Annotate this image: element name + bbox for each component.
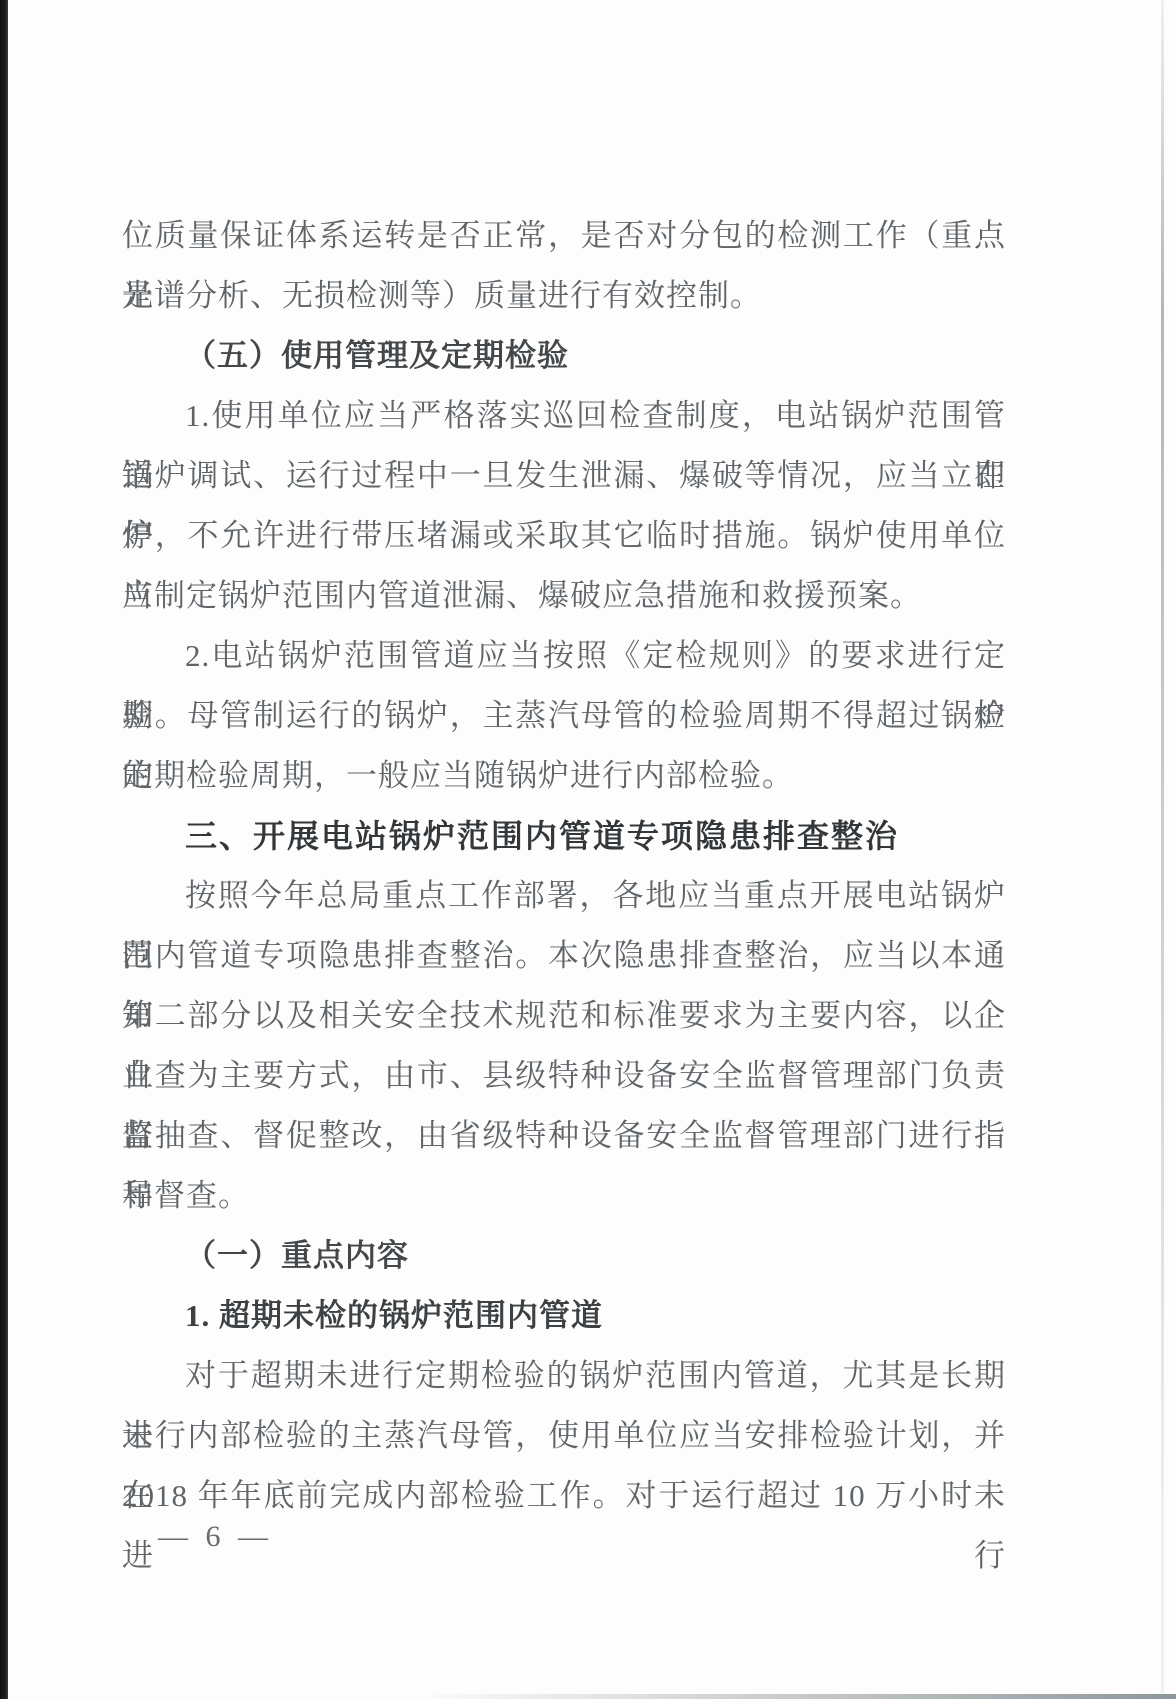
body-text-line: 和督查。 bbox=[122, 1166, 1006, 1226]
body-text-line: 围内管道专项隐患排查整治。本次隐患排查整治，应当以本通知 bbox=[122, 926, 1006, 986]
body-text-line: 进行内部检验的主蒸汽母管，使用单位应当安排检验计划，并在 bbox=[122, 1406, 1006, 1466]
subsection-heading-1: （一）重点内容 bbox=[122, 1226, 1006, 1286]
body-text-line: 自查为主要方式，由市、县级特种设备安全监督管理部门负责监 bbox=[122, 1046, 1006, 1106]
body-text-line: 对于超期未进行定期检验的锅炉范围内管道，尤其是长期未 bbox=[122, 1346, 1006, 1406]
document-body: 位质量保证体系运转是否正常，是否对分包的检测工作（重点是 光谱分析、无损检测等）… bbox=[122, 206, 1006, 1526]
body-text-line: 验。母管制运行的锅炉，主蒸汽母管的检验周期不得超过锅炉的 bbox=[122, 686, 1006, 746]
scan-edge-bottom bbox=[430, 1694, 1176, 1699]
body-text-line: 锅炉调试、运行过程中一旦发生泄漏、爆破等情况，应当立即停 bbox=[122, 446, 1006, 506]
page-number: — 6 — bbox=[158, 1516, 273, 1558]
body-text-line: 督抽查、督促整改，由省级特种设备安全监督管理部门进行指导 bbox=[122, 1106, 1006, 1166]
section-heading-5: （五）使用管理及定期检验 bbox=[122, 326, 1006, 386]
body-text-line: 按照今年总局重点工作部署，各地应当重点开展电站锅炉范 bbox=[122, 866, 1006, 926]
body-text-line: 当制定锅炉范围内管道泄漏、爆破应急措施和救援预案。 bbox=[122, 566, 1006, 626]
body-text-line: 炉，不允许进行带压堵漏或采取其它临时措施。锅炉使用单位应 bbox=[122, 506, 1006, 566]
scanned-document-page: 位质量保证体系运转是否正常，是否对分包的检测工作（重点是 光谱分析、无损检测等）… bbox=[0, 0, 1176, 1699]
body-text-line: 定期检验周期，一般应当随锅炉进行内部检验。 bbox=[122, 746, 1006, 806]
scan-artifact-right bbox=[1161, 0, 1164, 1699]
body-text-line: 1.使用单位应当严格落实巡回检查制度，电站锅炉范围管道在 bbox=[122, 386, 1006, 446]
body-text-line: 位质量保证体系运转是否正常，是否对分包的检测工作（重点是 bbox=[122, 206, 1006, 266]
body-text-line: 光谱分析、无损检测等）质量进行有效控制。 bbox=[122, 266, 1006, 326]
scan-edge-left bbox=[0, 0, 8, 1699]
section-heading-3: 三、开展电站锅炉范围内管道专项隐患排查整治 bbox=[122, 806, 1006, 866]
item-heading-1: 1. 超期未检的锅炉范围内管道 bbox=[122, 1286, 1006, 1346]
body-text-line: 第二部分以及相关安全技术规范和标准要求为主要内容，以企业 bbox=[122, 986, 1006, 1046]
body-text-line: 2.电站锅炉范围管道应当按照《定检规则》的要求进行定期检 bbox=[122, 626, 1006, 686]
